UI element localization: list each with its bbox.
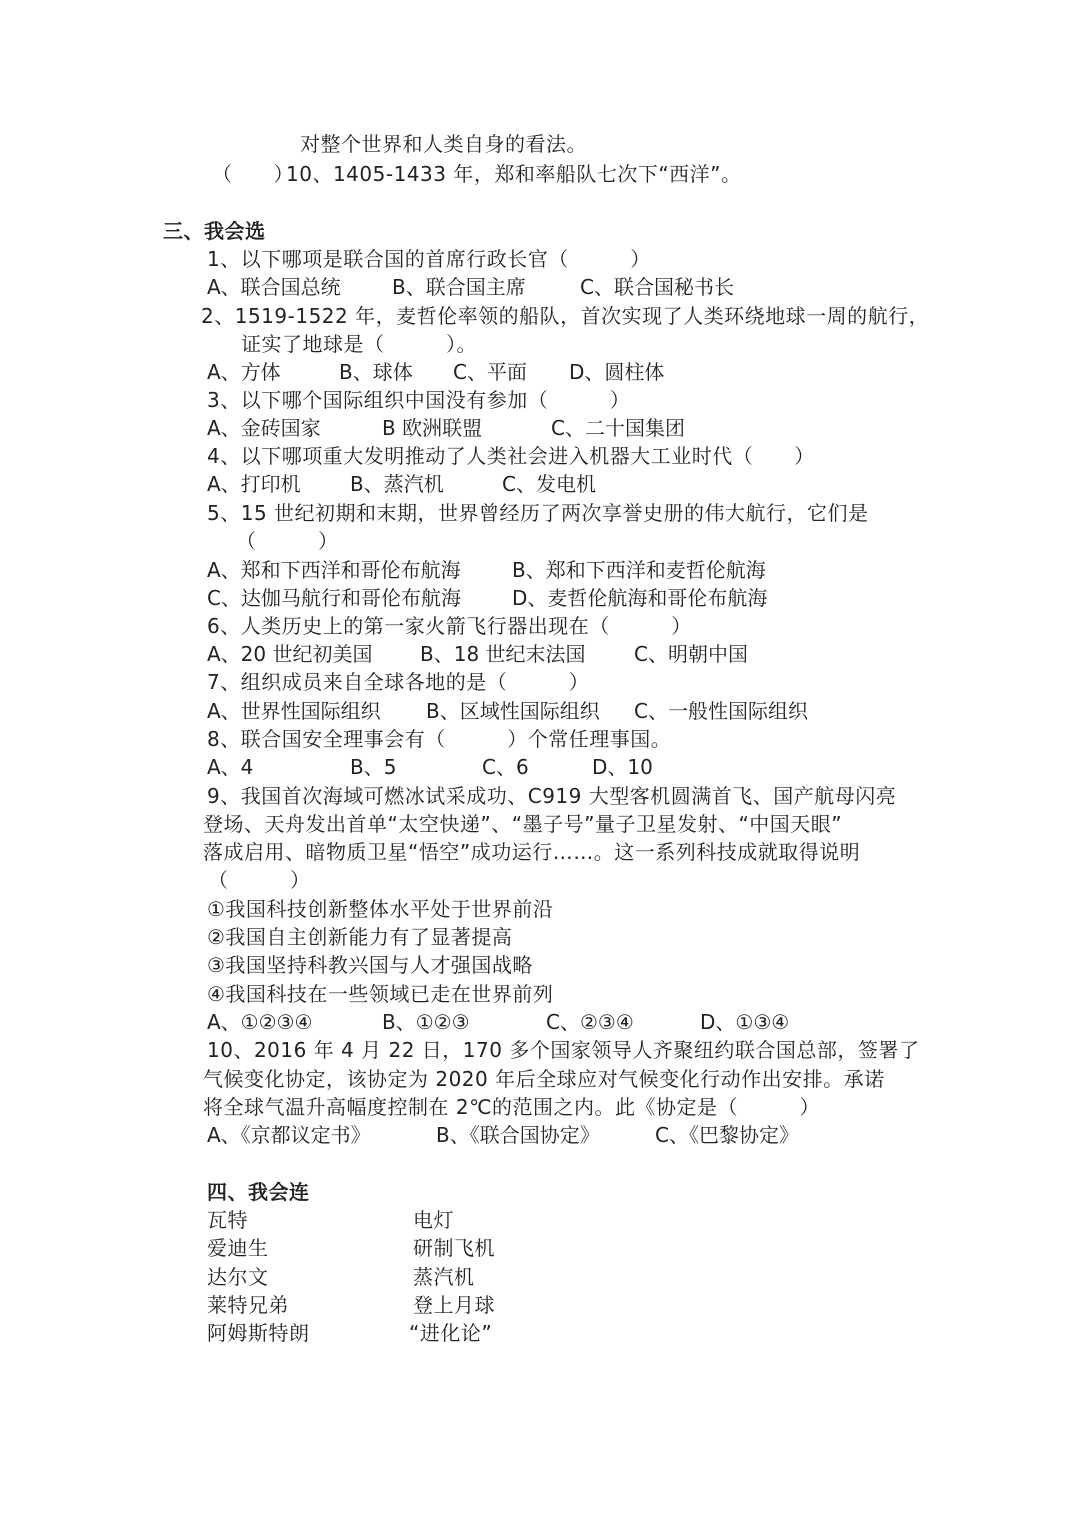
question-stem: 1、以下哪项是联合国的首席行政长官（ ） <box>207 245 651 273</box>
carryover-text: 对整个世界和人类自身的看法。 <box>300 130 587 158</box>
question-stem-cont: （ ） <box>208 866 311 894</box>
option: B、5 <box>350 753 396 781</box>
question-stem-cont: （ ） <box>236 527 339 555</box>
option: C、发电机 <box>502 470 596 498</box>
option: A、方体 <box>207 358 281 386</box>
option: A、金砖国家 <box>207 414 321 442</box>
option: C、《巴黎协定》 <box>655 1121 799 1149</box>
section-heading-match: 四、我会连 <box>207 1178 310 1206</box>
option: A、郑和下西洋和哥伦布航海 <box>207 556 461 584</box>
question-stem: 6、人类历史上的第一家火箭飞行器出现在（ ） <box>207 612 692 640</box>
option: A、《京都议定书》 <box>207 1121 371 1149</box>
option: C、达伽马航行和哥伦布航海 <box>207 584 461 612</box>
question-stem-cont: 将全球气温升高幅度控制在 2℃的范围之内。此《协定是（ ） <box>203 1093 820 1121</box>
option: B、郑和下西洋和麦哲伦航海 <box>512 556 766 584</box>
option: C、②③④ <box>546 1008 634 1036</box>
question-stem: 5、15 世纪初期和末期，世界曾经历了两次享誉史册的伟大航行，它们是 <box>207 499 869 527</box>
option: C、平面 <box>453 358 527 386</box>
option: B 欧洲联盟 <box>382 414 482 442</box>
option: C、明朝中国 <box>634 640 748 668</box>
judge-item-10: 10、1405-1433 年，郑和率船队七次下“西洋”。 <box>286 160 742 188</box>
option: A、20 世纪初美国 <box>207 640 373 668</box>
question-stem: 9、我国首次海域可燃冰试采成功、C919 大型客机圆满首飞、国产航母闪亮 <box>207 782 896 810</box>
option: B、18 世纪末法国 <box>420 640 586 668</box>
option: A、①②③④ <box>207 1008 312 1036</box>
question-stem: 7、组织成员来自全球各地的是（ ） <box>207 668 589 696</box>
match-right-item: 蒸汽机 <box>413 1263 475 1291</box>
question-stem-cont: 气候变化协定，该协定为 2020 年后全球应对气候变化行动作出安排。承诺 <box>203 1065 885 1093</box>
option: A、4 <box>207 753 253 781</box>
section-heading-choice: 三、我会选 <box>163 217 266 245</box>
statement: ④我国科技在一些领域已走在世界前列 <box>207 980 553 1008</box>
option: C、一般性国际组织 <box>634 697 808 725</box>
match-left-item: 爱迪生 <box>207 1234 269 1262</box>
option: B、区域性国际组织 <box>426 697 600 725</box>
option: C、6 <box>482 753 529 781</box>
option: A、打印机 <box>207 470 301 498</box>
question-stem-cont: 登场、天舟发出首单“太空快递”、“墨子号”量子卫星发射、“中国天眼” <box>203 810 842 838</box>
option: B、蒸汽机 <box>350 470 444 498</box>
match-left-item: 瓦特 <box>207 1206 248 1234</box>
match-right-item: 电灯 <box>413 1206 454 1234</box>
match-right-item: 登上月球 <box>413 1291 495 1319</box>
option: B、联合国主席 <box>392 273 526 301</box>
question-stem: 4、以下哪项重大发明推动了人类社会进入机器大工业时代（ ） <box>207 442 815 470</box>
match-left-item: 阿姆斯特朗 <box>207 1319 310 1347</box>
statement: ③我国坚持科教兴国与人才强国战略 <box>207 951 533 979</box>
option: C、联合国秘书长 <box>580 273 734 301</box>
match-right-item: “进化论” <box>409 1319 492 1347</box>
match-left-item: 莱特兄弟 <box>207 1291 289 1319</box>
option: D、10 <box>592 753 653 781</box>
question-stem: 10、2016 年 4 月 22 日，170 多个国家领导人齐聚纽约联合国总部，… <box>207 1036 919 1064</box>
statement: ①我国科技创新整体水平处于世界前沿 <box>207 895 553 923</box>
question-stem: 8、联合国安全理事会有（ ）个常任理事国。 <box>207 725 671 753</box>
option: D、①③④ <box>700 1008 789 1036</box>
match-right-item: 研制飞机 <box>413 1234 495 1262</box>
question-stem-cont: 落成启用、暗物质卫星“悟空”成功运行……。这一系列科技成就取得说明 <box>203 838 860 866</box>
question-stem: 2、1519-1522 年，麦哲伦率领的船队，首次实现了人类环绕地球一周的航行， <box>201 302 929 330</box>
option: B、球体 <box>339 358 413 386</box>
option: D、圆柱体 <box>569 358 664 386</box>
option: D、麦哲伦航海和哥伦布航海 <box>512 584 767 612</box>
option: A、联合国总统 <box>207 273 341 301</box>
question-stem: 3、以下哪个国际组织中国没有参加（ ） <box>207 386 630 414</box>
option: B、①②③ <box>382 1008 470 1036</box>
answer-blank: （ ） <box>212 160 294 188</box>
option: A、世界性国际组织 <box>207 697 381 725</box>
option: C、二十国集团 <box>551 414 685 442</box>
option: B、《联合国协定》 <box>436 1121 600 1149</box>
statement: ②我国自主创新能力有了显著提高 <box>207 923 512 951</box>
question-stem-cont: 证实了地球是（ ）。 <box>241 330 477 358</box>
match-left-item: 达尔文 <box>207 1263 269 1291</box>
